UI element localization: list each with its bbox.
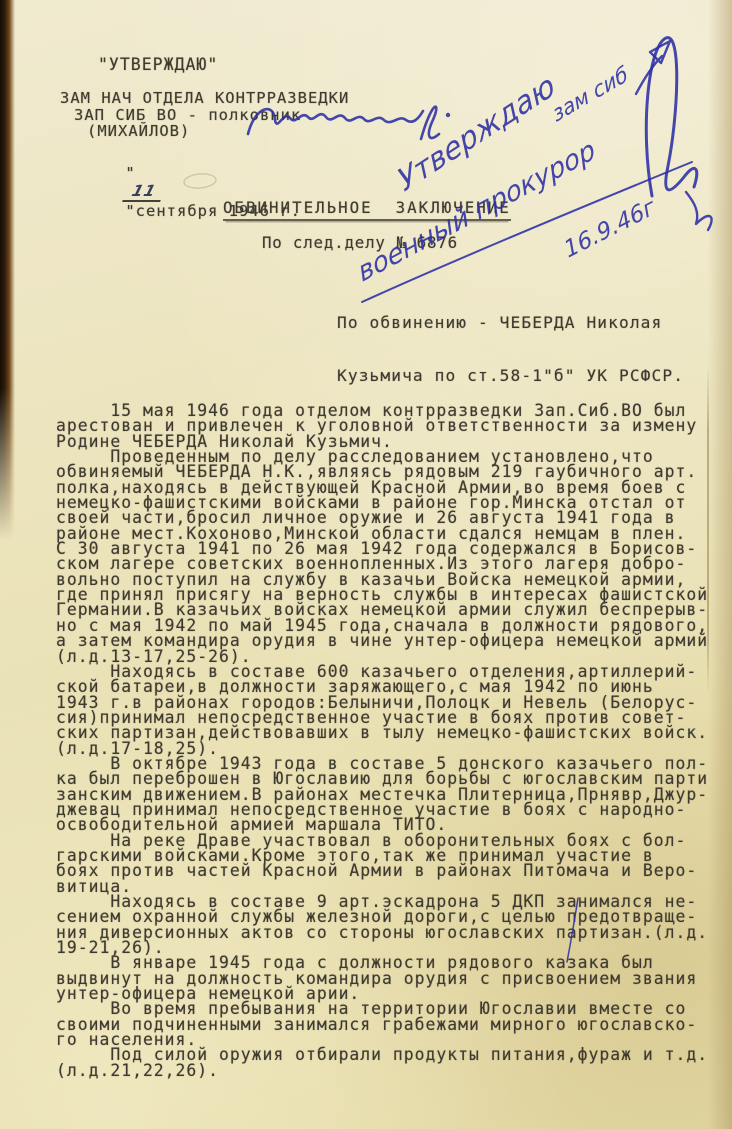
body-line: боях против частей Красной Армии в район… bbox=[56, 863, 708, 878]
approver-name: (МИХАЙЛОВ) bbox=[87, 123, 190, 139]
approval-date-line: " 11 "сентября 1946 г. bbox=[84, 146, 301, 238]
body-text: 15 мая 1946 года отделом контрразведки З… bbox=[56, 346, 708, 1078]
approval-stamp-label: "УТВЕРЖДАЮ" bbox=[98, 55, 218, 74]
signature-flag-stroke bbox=[636, 41, 670, 94]
body-line: (л.д.21,22,26). bbox=[56, 1063, 708, 1078]
signature-dot bbox=[446, 113, 450, 117]
large-signature-loop bbox=[646, 38, 696, 196]
document-page: "УТВЕРЖДАЮ" ЗАМ НАЧ ОТДЕЛА КОНТРРАЗВЕДКИ… bbox=[0, 0, 732, 1129]
accusation-line-1: По обвинению - ЧЕБЕРДА Николая bbox=[337, 314, 684, 332]
approver-title-line2: ЗАП СИБ ВО - полковник bbox=[74, 107, 301, 123]
approver-title-line1: ЗАМ НАЧ ОТДЕЛА КОНТРРАЗВЕДКИ bbox=[60, 90, 349, 106]
date-open-quote: " bbox=[125, 164, 135, 182]
handwritten-date-day: 11 bbox=[122, 182, 165, 202]
mikhailov-signature-flourish bbox=[421, 107, 439, 139]
handwritten-date: 16.9.46г bbox=[561, 194, 660, 264]
page-right-shade bbox=[708, 0, 732, 1129]
case-number-line: По след.делу № 6876 bbox=[262, 233, 458, 252]
page-left-dark-edge bbox=[0, 0, 15, 540]
handwritten-approve-word: Утверждаю bbox=[393, 68, 560, 200]
handwritten-zapsib-word: зам сиб bbox=[549, 61, 631, 127]
document-title: ОБВИНИТЕЛЬНОЕ ЗАКЛЮЧЕНИЕ bbox=[223, 198, 511, 221]
